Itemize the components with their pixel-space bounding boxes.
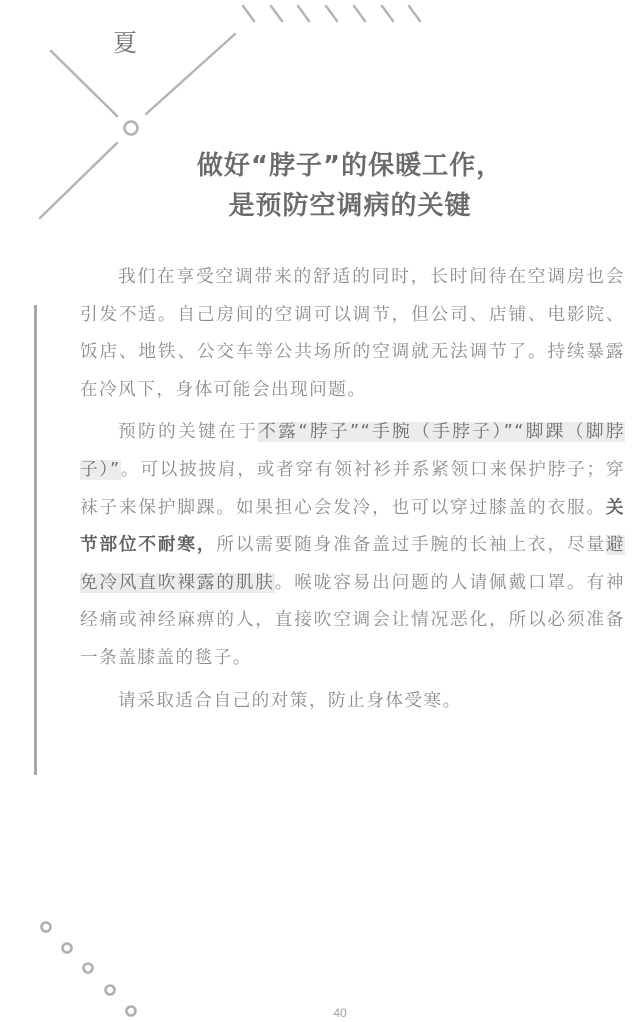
title-line-2: 是预防空调病的关键: [150, 186, 550, 226]
hatch-marks-icon: [243, 6, 420, 21]
article-body: 我们在享受空调带来的舒适的同时，长时间待在空调房也会引发不适。自己房间的空调可以…: [80, 259, 625, 725]
text-segment: 我们在享受空调带来的舒适的同时，长时间待在空调房也会引发不适。自己房间的空调可以…: [80, 267, 625, 400]
page-number: 40: [300, 1006, 380, 1020]
text-segment: 所以需要随身准备盖过手腕的长袖上衣，尽量: [216, 535, 606, 555]
page-title: 做好“脖子”的保暖工作， 是预防空调病的关键: [150, 146, 550, 226]
side-bar-divider: [34, 305, 37, 775]
paragraph-1: 我们在享受空调带来的舒适的同时，长时间待在空调房也会引发不适。自己房间的空调可以…: [80, 259, 625, 409]
text-segment: 请采取适合自己的对策，防止身体受寒。: [118, 691, 462, 711]
paragraph-3: 请采取适合自己的对策，防止身体受寒。: [80, 683, 625, 721]
text-segment: 预防的关键在于: [118, 422, 258, 442]
title-line-1: 做好“脖子”的保暖工作，: [150, 146, 550, 186]
dots-trail-icon: [42, 923, 136, 1016]
ring-icon: [125, 122, 138, 135]
season-label: 夏: [113, 28, 137, 58]
paragraph-2: 预防的关键在于不露“脖子”“手腕（手脖子）”“脚踝（脚脖子）”。可以披披肩，或者…: [80, 414, 625, 677]
text-segment: 。可以披披肩，或者穿有领衬衫并系紧领口来保护脖子；穿袜子来保护脚踝。如果担心会发…: [80, 460, 625, 518]
